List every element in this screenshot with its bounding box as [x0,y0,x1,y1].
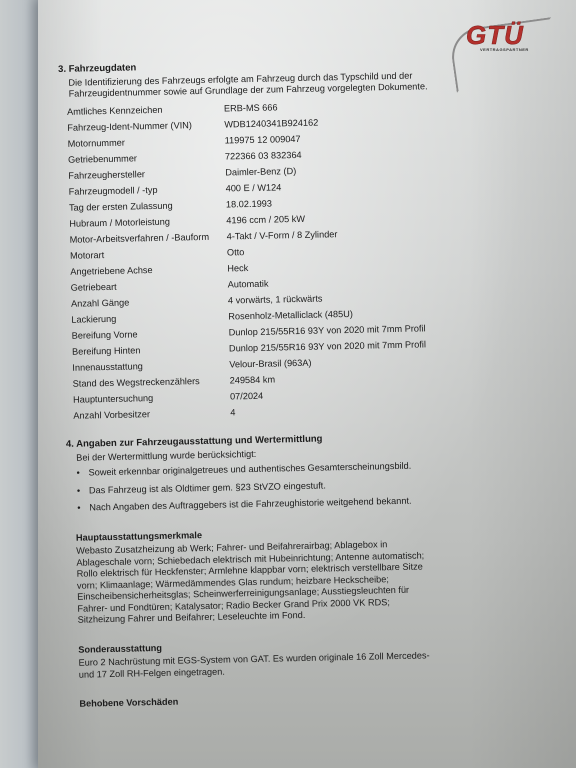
logo-subtext: VERTRAGSPARTNER [480,47,529,52]
background-surface [0,0,42,768]
special-equipment-block: Sonderausstattung Euro 2 Nachrüstung mit… [78,637,451,681]
main-features-block: Hauptausstattungsmerkmale Webasto Zusatz… [76,525,450,627]
list-item: Nach Angaben des Auftraggebers ist die F… [89,495,447,514]
list-item: Soweit erkennbar originalgetreues und au… [88,460,446,479]
special-equipment-text: Euro 2 Nachrüstung mit EGS-System von GA… [78,650,438,681]
section-3-intro: Die Identifizierung des Fahrzeugs erfolg… [68,70,438,101]
section-4: 4. Angaben zur Fahrzeugausstattung und W… [66,431,452,711]
list-item: Das Fahrzeug ist als Oldtimer gem. §23 S… [89,478,447,497]
field-label: Anzahl Vorbesitzer [73,407,230,426]
document-content: 3. Fahrzeugdaten Die Identifizierung des… [58,56,452,713]
valuation-criteria-list: Soweit erkennbar originalgetreues und au… [76,460,447,514]
field-value: 4 [230,403,440,423]
vehicle-data-table: Amtliches KennzeichenERB-MS 666Fahrzeug-… [67,99,441,427]
gtu-logo: GTÜ VERTRAGSPARTNER [458,18,554,58]
main-features-text: Webasto Zusatzheizung ab Werk; Fahrer- u… [76,538,438,626]
